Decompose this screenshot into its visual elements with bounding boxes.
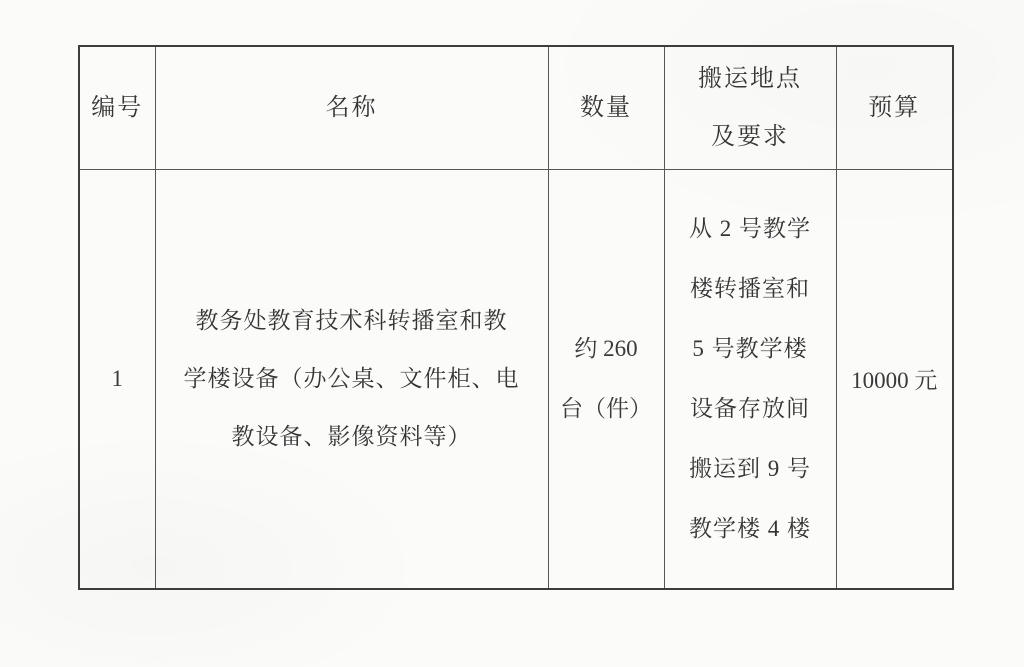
cell-id: 1 — [79, 169, 155, 589]
cell-budget: 10000 元 — [836, 169, 953, 589]
header-quantity: 数量 — [548, 46, 664, 169]
header-name: 名称 — [155, 46, 548, 169]
header-id: 编号 — [79, 46, 155, 169]
scanned-document-page: 编号 名称 数量 搬运地点 及要求 预算 1 教务处教育技术科转播室和教 学楼设… — [0, 0, 1024, 667]
table-header-row: 编号 名称 数量 搬运地点 及要求 预算 — [79, 46, 953, 169]
table-row: 1 教务处教育技术科转播室和教 学楼设备（办公桌、文件柜、电 教设备、影像资料等… — [79, 169, 953, 589]
cell-quantity: 约 260 台（件） — [548, 169, 664, 589]
cell-name: 教务处教育技术科转播室和教 学楼设备（办公桌、文件柜、电 教设备、影像资料等） — [155, 169, 548, 589]
cell-location-requirements: 从 2 号教学 楼转播室和 5 号教学楼 设备存放间 搬运到 9 号 教学楼 4… — [664, 169, 836, 589]
relocation-budget-table: 编号 名称 数量 搬运地点 及要求 预算 1 教务处教育技术科转播室和教 学楼设… — [78, 45, 954, 590]
header-budget: 预算 — [836, 46, 953, 169]
header-location-requirements: 搬运地点 及要求 — [664, 46, 836, 169]
